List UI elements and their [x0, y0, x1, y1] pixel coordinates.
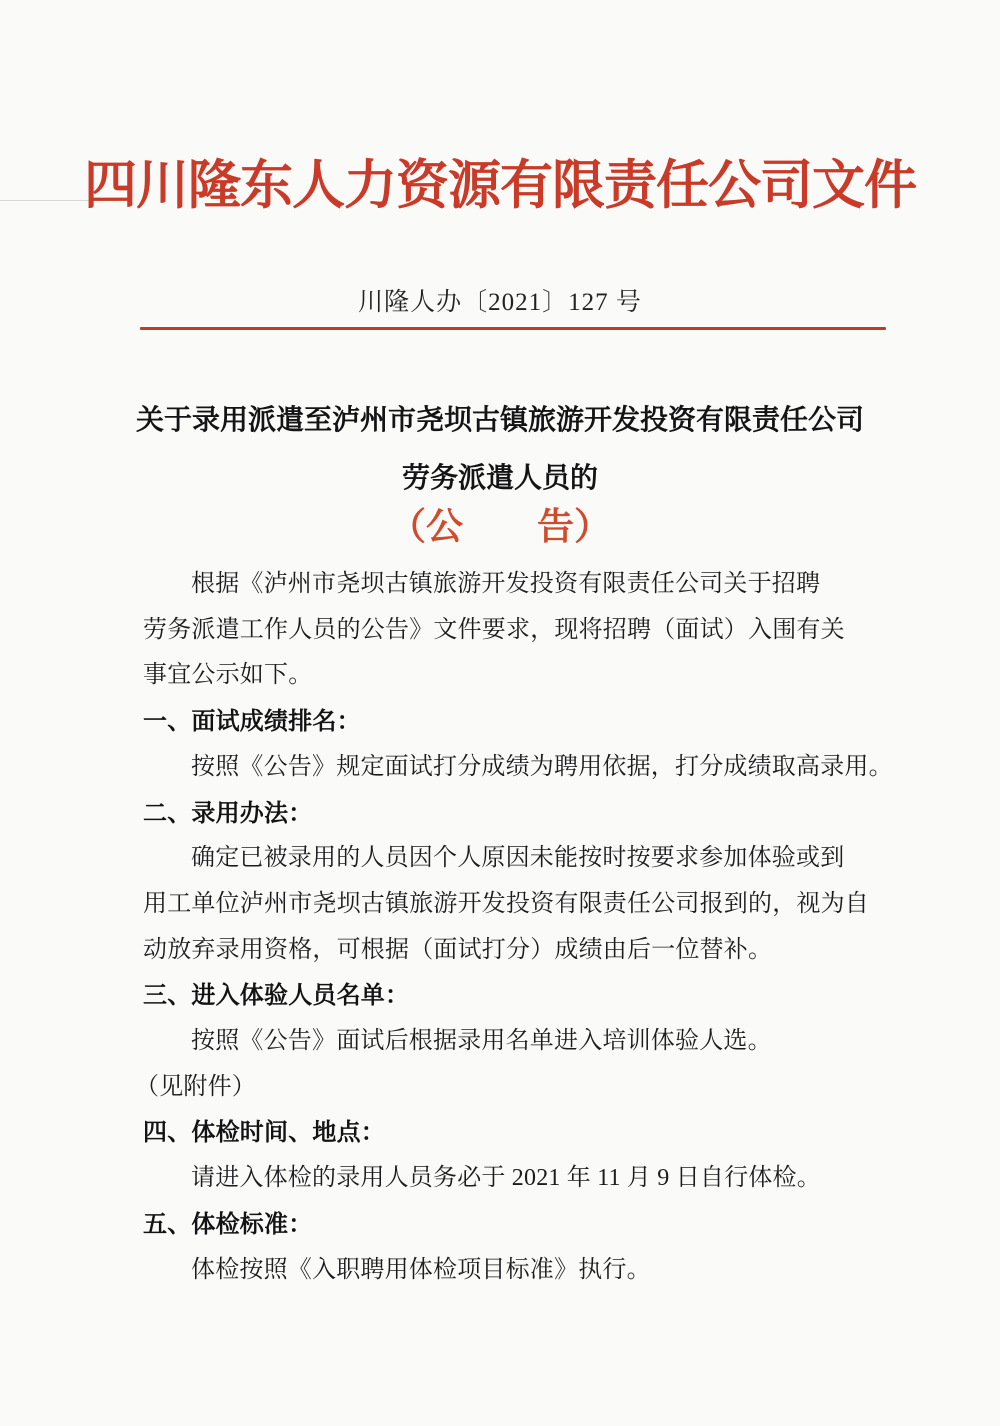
document-title-line-2: 劳务派遣人员的	[0, 456, 1000, 496]
paragraph-intro-line-1: 根据《泸州市尧坝古镇旅游开发投资有限责任公司关于招聘	[143, 562, 883, 608]
section-1-heading: 一、面试成绩排名：	[143, 699, 883, 745]
document-number: 川隆人办〔2021〕127 号	[0, 282, 1000, 318]
section-2-text-line-1: 确定已被录用的人员因个人原因未能按时按要求参加体验或到	[143, 836, 883, 882]
section-4-text: 请进入体检的录用人员务必于 2021 年 11 月 9 日自行体检。	[143, 1156, 883, 1202]
attachment-note: （见附件）	[135, 1065, 883, 1111]
document-page: 四川隆东人力资源有限责任公司文件 川隆人办〔2021〕127 号 关于录用派遣至…	[0, 0, 1000, 1426]
red-header-org-title: 四川隆东人力资源有限责任公司文件	[0, 143, 1000, 219]
section-3-text: 按照《公告》面试后根据录用名单进入培训体验人选。	[143, 1019, 883, 1065]
section-1-text: 按照《公告》规定面试打分成绩为聘用依据，打分成绩取高录用。	[143, 745, 883, 791]
section-3-heading: 三、进入体验人员名单：	[143, 973, 883, 1019]
section-4-heading: 四、体检时间、地点：	[143, 1110, 883, 1156]
paragraph-intro-line-2: 劳务派遣工作人员的公告》文件要求，现将招聘（面试）入围有关	[143, 608, 883, 654]
section-2-text-line-2: 用工单位泸州市尧坝古镇旅游开发投资有限责任公司报到的，视为自	[143, 882, 883, 928]
red-divider-line	[140, 327, 886, 330]
paragraph-intro-line-3: 事宜公示如下。	[143, 653, 883, 699]
document-body: 根据《泸州市尧坝古镇旅游开发投资有限责任公司关于招聘 劳务派遣工作人员的公告》文…	[143, 562, 883, 1293]
document-title-line-1: 关于录用派遣至泸州市尧坝古镇旅游开发投资有限责任公司	[0, 398, 1000, 438]
section-5-heading: 五、体检标准：	[143, 1202, 883, 1248]
announcement-label: （公 告）	[0, 496, 1000, 550]
section-2-text-line-3: 动放弃录用资格，可根据（面试打分）成绩由后一位替补。	[143, 928, 883, 974]
section-2-heading: 二、录用办法：	[143, 791, 883, 837]
section-5-text: 体检按照《入职聘用体检项目标准》执行。	[143, 1248, 883, 1294]
